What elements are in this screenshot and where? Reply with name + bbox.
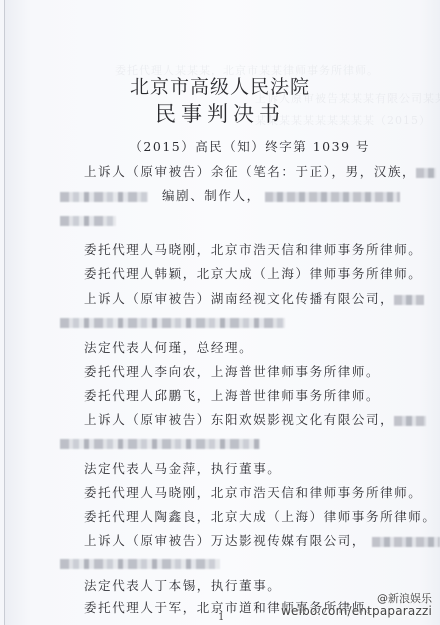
party-line: 编剧、制作人，: [162, 186, 400, 204]
redacted-block: [416, 168, 436, 178]
agent-line: 委托代理人马晓刚，北京市浩天信和律师事务所律师。: [84, 483, 422, 501]
party-line: 上诉人（原审被告）东阳欢娱影视文化有限公司，: [84, 410, 426, 428]
party-text: 编剧、制作人，: [162, 188, 261, 203]
redacted-block: [60, 216, 116, 226]
redacted-block: [372, 537, 440, 547]
agent-line: 委托代理人李向农，上海普世律师事务所律师。: [84, 362, 380, 380]
court-name: 北京市高级人民法院: [0, 72, 440, 99]
legal-rep-line: 法定代表人丁本锡，执行董事。: [84, 576, 281, 594]
agent-line: 委托代理人马晓刚，北京市浩天信和律师事务所律师。: [84, 240, 422, 258]
watermark-url: weibo.com/entpaparazzi: [281, 604, 432, 618]
redacted-block: [265, 192, 400, 202]
redacted-block: [60, 559, 220, 569]
redacted-block: [60, 318, 285, 328]
party-text: 上诉人（原审被告）余征（笔名：于正），男，汉族，: [84, 164, 416, 179]
agent-line: 委托代理人韩颖，北京大成（上海）律师事务所律师。: [84, 264, 422, 282]
party-text: 上诉人（原审被告）湖南经视文化传播有限公司，: [84, 291, 394, 306]
redacted-block: [60, 439, 260, 449]
party-line: 上诉人（原审被告）余征（笔名：于正），男，汉族，: [84, 162, 436, 180]
legal-rep-line: 法定代表人马金萍，执行董事。: [84, 459, 281, 477]
case-number: （2015）高民（知）终字第 1039 号: [129, 137, 370, 155]
party-line: 上诉人（原审被告）湖南经视文化传播有限公司，: [84, 289, 424, 307]
party-text: 上诉人（原审被告）万达影视传媒有限公司，: [84, 533, 366, 548]
legal-rep-line: 法定代表人何瑾，总经理。: [84, 338, 253, 356]
agent-line: 委托代理人邱鹏飞，上海普世律师事务所律师。: [84, 386, 380, 404]
redacted-block: [60, 192, 148, 202]
redacted-block: [394, 295, 424, 305]
party-line: 上诉人（原审被告）万达影视传媒有限公司，: [84, 531, 440, 549]
agent-line: 委托代理人陶鑫良，北京大成（上海）律师事务所律师。: [84, 507, 437, 525]
party-text: 上诉人（原审被告）东阳欢娱影视文化有限公司，: [84, 412, 394, 427]
page-number: 1: [218, 612, 224, 623]
document-type-title: 民事判决书: [0, 98, 440, 128]
redacted-block: [394, 416, 426, 426]
